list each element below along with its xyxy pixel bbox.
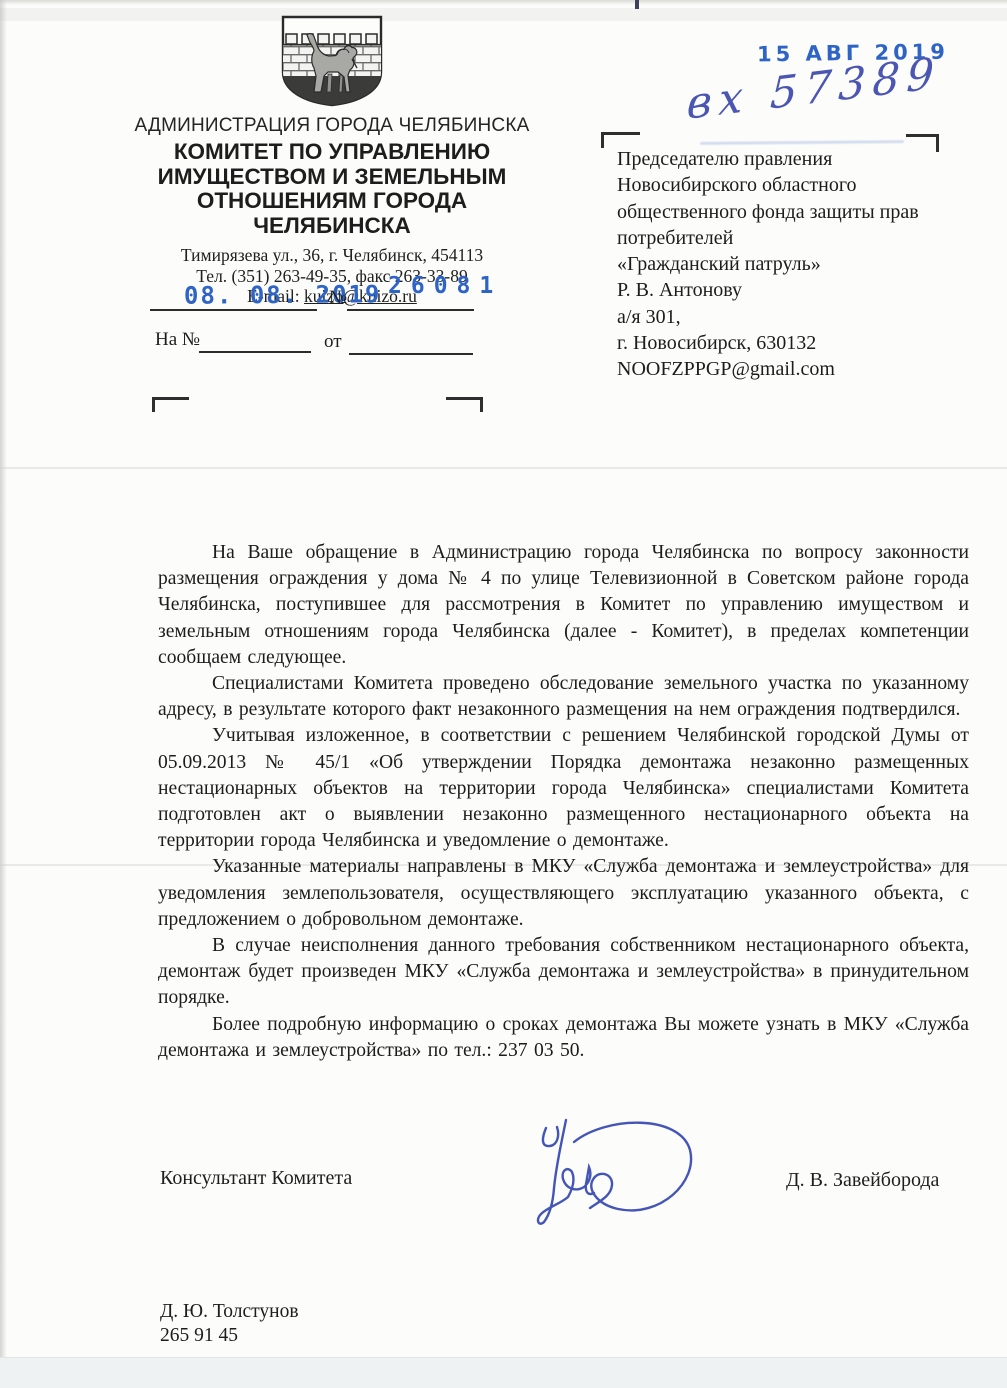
signer-name: Д. В. Завейборода (786, 1169, 939, 1192)
committee-name-line-3: ОТНОШЕНИЯМ ГОРОДА ЧЕЛЯБИНСКА (128, 189, 536, 238)
recipient-line: Председателю правления (617, 146, 932, 172)
recipient-line: Р. В. Антонову (617, 277, 932, 303)
recipient-line: «Гражданский патруль» (617, 251, 932, 277)
executor-block: Д. Ю. Толстунов 265 91 45 (160, 1300, 299, 1347)
committee-name-line-2: ИМУЩЕСТВОМ И ЗЕМЕЛЬНЫМ (128, 165, 536, 190)
letterhead: АДМИНИСТРАЦИЯ ГОРОДА ЧЕЛЯБИНСКА КОМИТЕТ … (128, 14, 536, 307)
body-paragraph: Указанные материалы направлены в МКУ «Сл… (158, 854, 969, 933)
recipient-line: а/я 301, (617, 304, 932, 330)
outgoing-number-stamp: 26081 (388, 273, 502, 299)
outgoing-date-stamp: 08. 08. 2019 (184, 280, 382, 309)
letter-body: На Ваше обращение в Администрацию города… (158, 540, 969, 1064)
scan-edge-bottom (0, 1357, 1007, 1388)
body-paragraph: В случае неисполнения данного требования… (158, 933, 969, 1012)
coat-of-arms-camel-icon (279, 14, 385, 108)
body-paragraph: Специалистами Комитета проведено обследо… (158, 671, 969, 723)
signer-position-title: Консультант Комитета (160, 1167, 352, 1190)
fold-line-upper (0, 467, 1007, 469)
recipient-line: г. Новосибирск, 630132 (617, 330, 932, 356)
body-paragraph: На Ваше обращение в Администрацию города… (158, 540, 969, 671)
executor-name: Д. Ю. Толстунов (160, 1300, 299, 1324)
from-date-label: от (324, 331, 342, 353)
ink-smudge (700, 140, 904, 145)
body-paragraph: Учитывая изложенное, в соответствии с ре… (158, 723, 969, 854)
date-underline (150, 309, 317, 311)
recipient-line: Новосибирского областного (617, 172, 932, 198)
committee-name-line-1: КОМИТЕТ ПО УПРАВЛЕНИЮ (128, 140, 536, 165)
recipient-line: общественного фонда защиты прав (617, 199, 932, 225)
reply-to-label: На № (155, 329, 200, 351)
scan-mark-top (635, 0, 639, 9)
body-paragraph: Более подробную информацию о сроках демо… (158, 1012, 969, 1064)
reply-number-underline (199, 351, 311, 353)
address-window-bracket-left (152, 397, 189, 412)
address-window-bracket-right (446, 397, 483, 412)
recipient-line: потребителей (617, 225, 932, 251)
administration-title: АДМИНИСТРАЦИЯ ГОРОДА ЧЕЛЯБИНСКА (128, 115, 536, 137)
scanned-letter-page: АДМИНИСТРАЦИЯ ГОРОДА ЧЕЛЯБИНСКА КОМИТЕТ … (0, 0, 1007, 1388)
number-sign: № (329, 287, 347, 309)
number-underline (347, 309, 474, 311)
from-date-underline (349, 353, 473, 355)
recipient-block: Председателю правления Новосибирского об… (617, 146, 932, 383)
letterhead-address: Тимирязева ул., 36, г. Челябинск, 454113 (128, 245, 536, 266)
recipient-email: NOOFZPPGP@gmail.com (617, 356, 932, 382)
scan-edge-left (0, 0, 7, 1388)
executor-phone: 265 91 45 (160, 1324, 299, 1348)
scan-edge-top (0, 0, 1007, 5)
handwritten-signature-icon (522, 1112, 702, 1242)
